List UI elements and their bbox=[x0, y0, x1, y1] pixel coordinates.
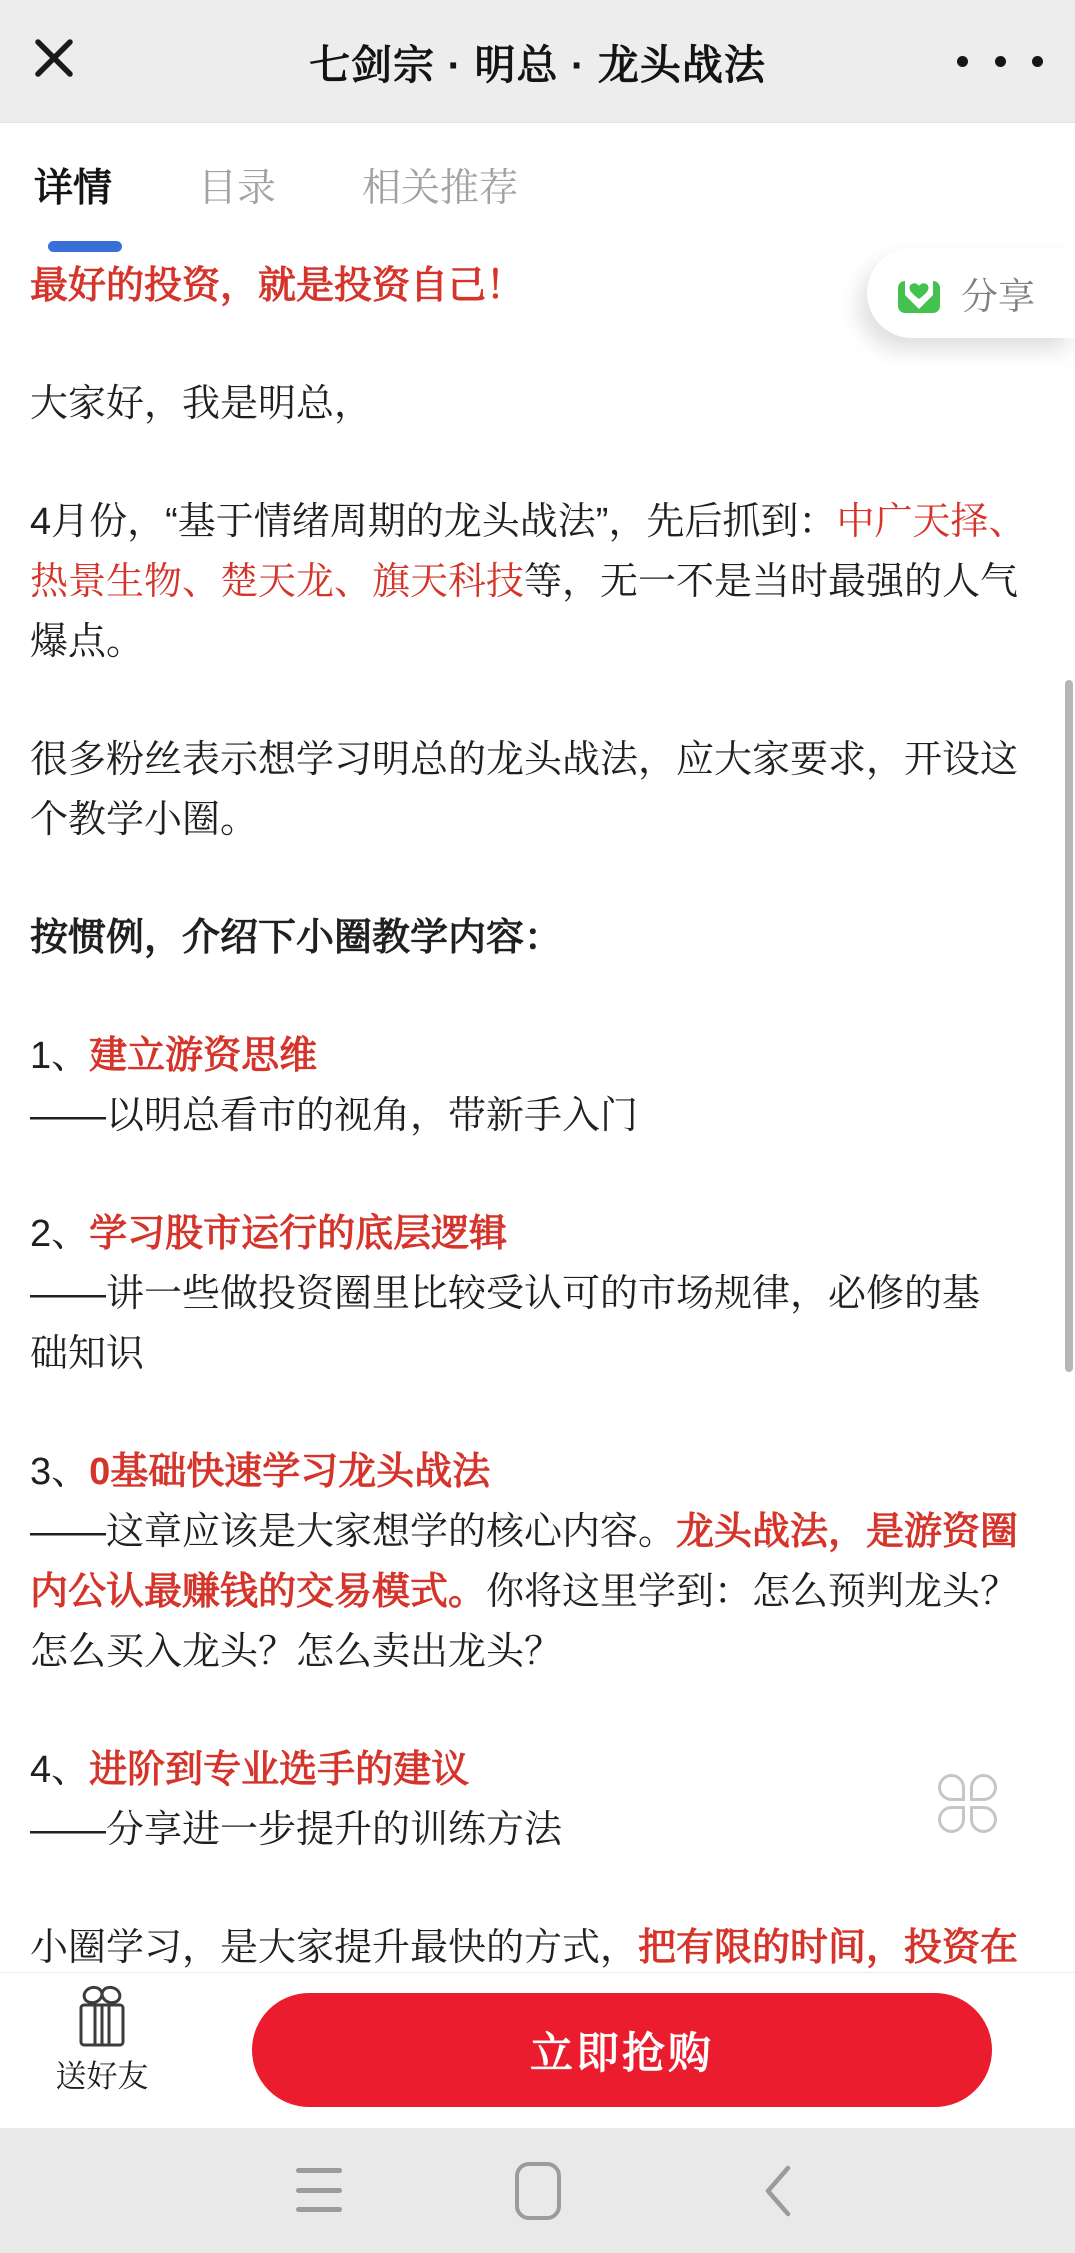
wechat-article-screen: 七剑宗 · 明总 · 龙头战法 详情 目录 相关推荐 最好的投资，就是投资自己！… bbox=[0, 0, 1075, 2253]
tab-bar: 详情 目录 相关推荐 bbox=[0, 123, 1075, 256]
text-segment: 学习股市运行的底层逻辑 bbox=[89, 1213, 507, 1255]
gift-label: 送好友 bbox=[56, 2051, 149, 2096]
text-segment: 建立游资思维 bbox=[89, 1035, 317, 1077]
android-nav-bar bbox=[0, 2128, 1075, 2253]
more-menu-button[interactable] bbox=[957, 38, 1043, 84]
text-segment: 小圈学习，是大家提升最快的方式， bbox=[30, 1927, 638, 1969]
text-segment: 把有限的时间，投资在 bbox=[638, 1927, 1018, 1969]
text-segment: 怎么买入龙头？怎么卖出龙头？ bbox=[30, 1631, 562, 1673]
more-dots-icon bbox=[1032, 56, 1043, 67]
paragraph-item-3: 3、0基础快速学习龙头战法——这章应该是大家想学的核心内容。龙头战法，是游资圈内… bbox=[30, 1442, 1045, 1682]
clover-petal bbox=[970, 1774, 997, 1801]
article: 最好的投资，就是投资自己！大家好，我是明总，4月份，“基于情绪周期的龙头战法”，… bbox=[30, 256, 1045, 1978]
text-segment: 个教学小圈。 bbox=[30, 799, 258, 841]
text-segment: ——分享进一步提升的训练方法 bbox=[30, 1809, 562, 1851]
more-dots-icon bbox=[995, 56, 1006, 67]
page-title: 七剑宗 · 明总 · 龙头战法 bbox=[0, 0, 1075, 122]
tab-details[interactable]: 详情 bbox=[34, 157, 112, 213]
paragraph-closing-truncated: 小圈学习，是大家提升最快的方式，把有限的时间，投资在 bbox=[30, 1918, 1045, 1978]
text-segment: 很多粉丝表示想学习明总的龙头战法，应大家要求，开设这 bbox=[30, 739, 1018, 781]
text-segment: ——以明总看市的视角，带新手入门 bbox=[30, 1095, 638, 1137]
text-segment: 你将这里学到：怎么预判龙头？ bbox=[486, 1571, 1018, 1613]
text-segment: 1、 bbox=[30, 1035, 89, 1077]
text-segment: 4月份，“基于情绪周期的龙头战法”，先后抓到： bbox=[30, 501, 836, 543]
floating-clover-widget[interactable] bbox=[938, 1774, 1000, 1836]
tab-catalog[interactable]: 目录 bbox=[198, 157, 276, 213]
text-segment: 热景生物、楚天龙、旗天科技 bbox=[30, 561, 524, 603]
bottom-purchase-bar: 送好友 立即抢购 bbox=[0, 1972, 1075, 2129]
share-button[interactable]: 分享 bbox=[867, 248, 1075, 338]
back-nav-icon[interactable] bbox=[762, 2164, 792, 2218]
scrollbar-thumb[interactable] bbox=[1065, 680, 1073, 1372]
text-segment: ——讲一些做投资圈里比较受认可的市场规律，必修的基 bbox=[30, 1273, 980, 1315]
more-dots-icon bbox=[957, 56, 968, 67]
paragraph-list-intro: 按惯例，介绍下小圈教学内容： bbox=[30, 908, 1045, 968]
paragraph-april-results: 4月份，“基于情绪周期的龙头战法”，先后抓到：中广天择、热景生物、楚天龙、旗天科… bbox=[30, 492, 1045, 672]
paragraph-item-4: 4、进阶到专业选手的建议——分享进一步提升的训练方法 bbox=[30, 1740, 1045, 1860]
gift-icon bbox=[71, 1983, 133, 2049]
recents-nav-icon[interactable] bbox=[296, 2168, 342, 2212]
active-tab-underline bbox=[48, 241, 122, 252]
text-segment: 0基础快速学习龙头战法 bbox=[89, 1451, 490, 1493]
app-top-bar: 七剑宗 · 明总 · 龙头战法 bbox=[0, 0, 1075, 123]
text-segment: 等，无一不是当时最强的人气 bbox=[524, 561, 1018, 603]
paragraph-item-1: 1、建立游资思维——以明总看市的视角，带新手入门 bbox=[30, 1026, 1045, 1146]
paragraph-fans-request: 很多粉丝表示想学习明总的龙头战法，应大家要求，开设这个教学小圈。 bbox=[30, 730, 1045, 850]
clover-petal bbox=[970, 1806, 997, 1833]
text-segment: 础知识 bbox=[30, 1333, 144, 1375]
share-envelope-icon bbox=[895, 269, 943, 317]
paragraph-intro: 大家好，我是明总， bbox=[30, 374, 1045, 434]
share-label: 分享 bbox=[961, 266, 1035, 320]
clover-petal bbox=[938, 1774, 965, 1801]
gift-to-friend-button[interactable]: 送好友 bbox=[42, 1983, 162, 2096]
paragraph-item-2: 2、学习股市运行的底层逻辑——讲一些做投资圈里比较受认可的市场规律，必修的基础知… bbox=[30, 1204, 1045, 1384]
text-segment: 龙头战法，是游资圈 bbox=[676, 1511, 1018, 1553]
text-segment: 内公认最赚钱的交易模式。 bbox=[30, 1571, 486, 1613]
text-segment: 3、 bbox=[30, 1451, 89, 1493]
text-segment: 大家好，我是明总， bbox=[30, 383, 372, 425]
tab-recommendations[interactable]: 相关推荐 bbox=[362, 157, 518, 213]
text-segment: 进阶到专业选手的建议 bbox=[89, 1749, 469, 1791]
text-segment: 按惯例，介绍下小圈教学内容： bbox=[30, 917, 562, 959]
text-segment: 4、 bbox=[30, 1749, 89, 1791]
text-segment: 2、 bbox=[30, 1213, 89, 1255]
text-segment: ——这章应该是大家想学的核心内容。 bbox=[30, 1511, 676, 1553]
text-segment: 最好的投资，就是投资自己！ bbox=[30, 265, 524, 307]
text-segment: 中广天择、 bbox=[836, 501, 1026, 543]
clover-petal bbox=[938, 1806, 965, 1833]
text-segment: 爆点。 bbox=[30, 621, 144, 663]
buy-now-button[interactable]: 立即抢购 bbox=[252, 1993, 992, 2107]
home-nav-icon[interactable] bbox=[515, 2162, 561, 2220]
